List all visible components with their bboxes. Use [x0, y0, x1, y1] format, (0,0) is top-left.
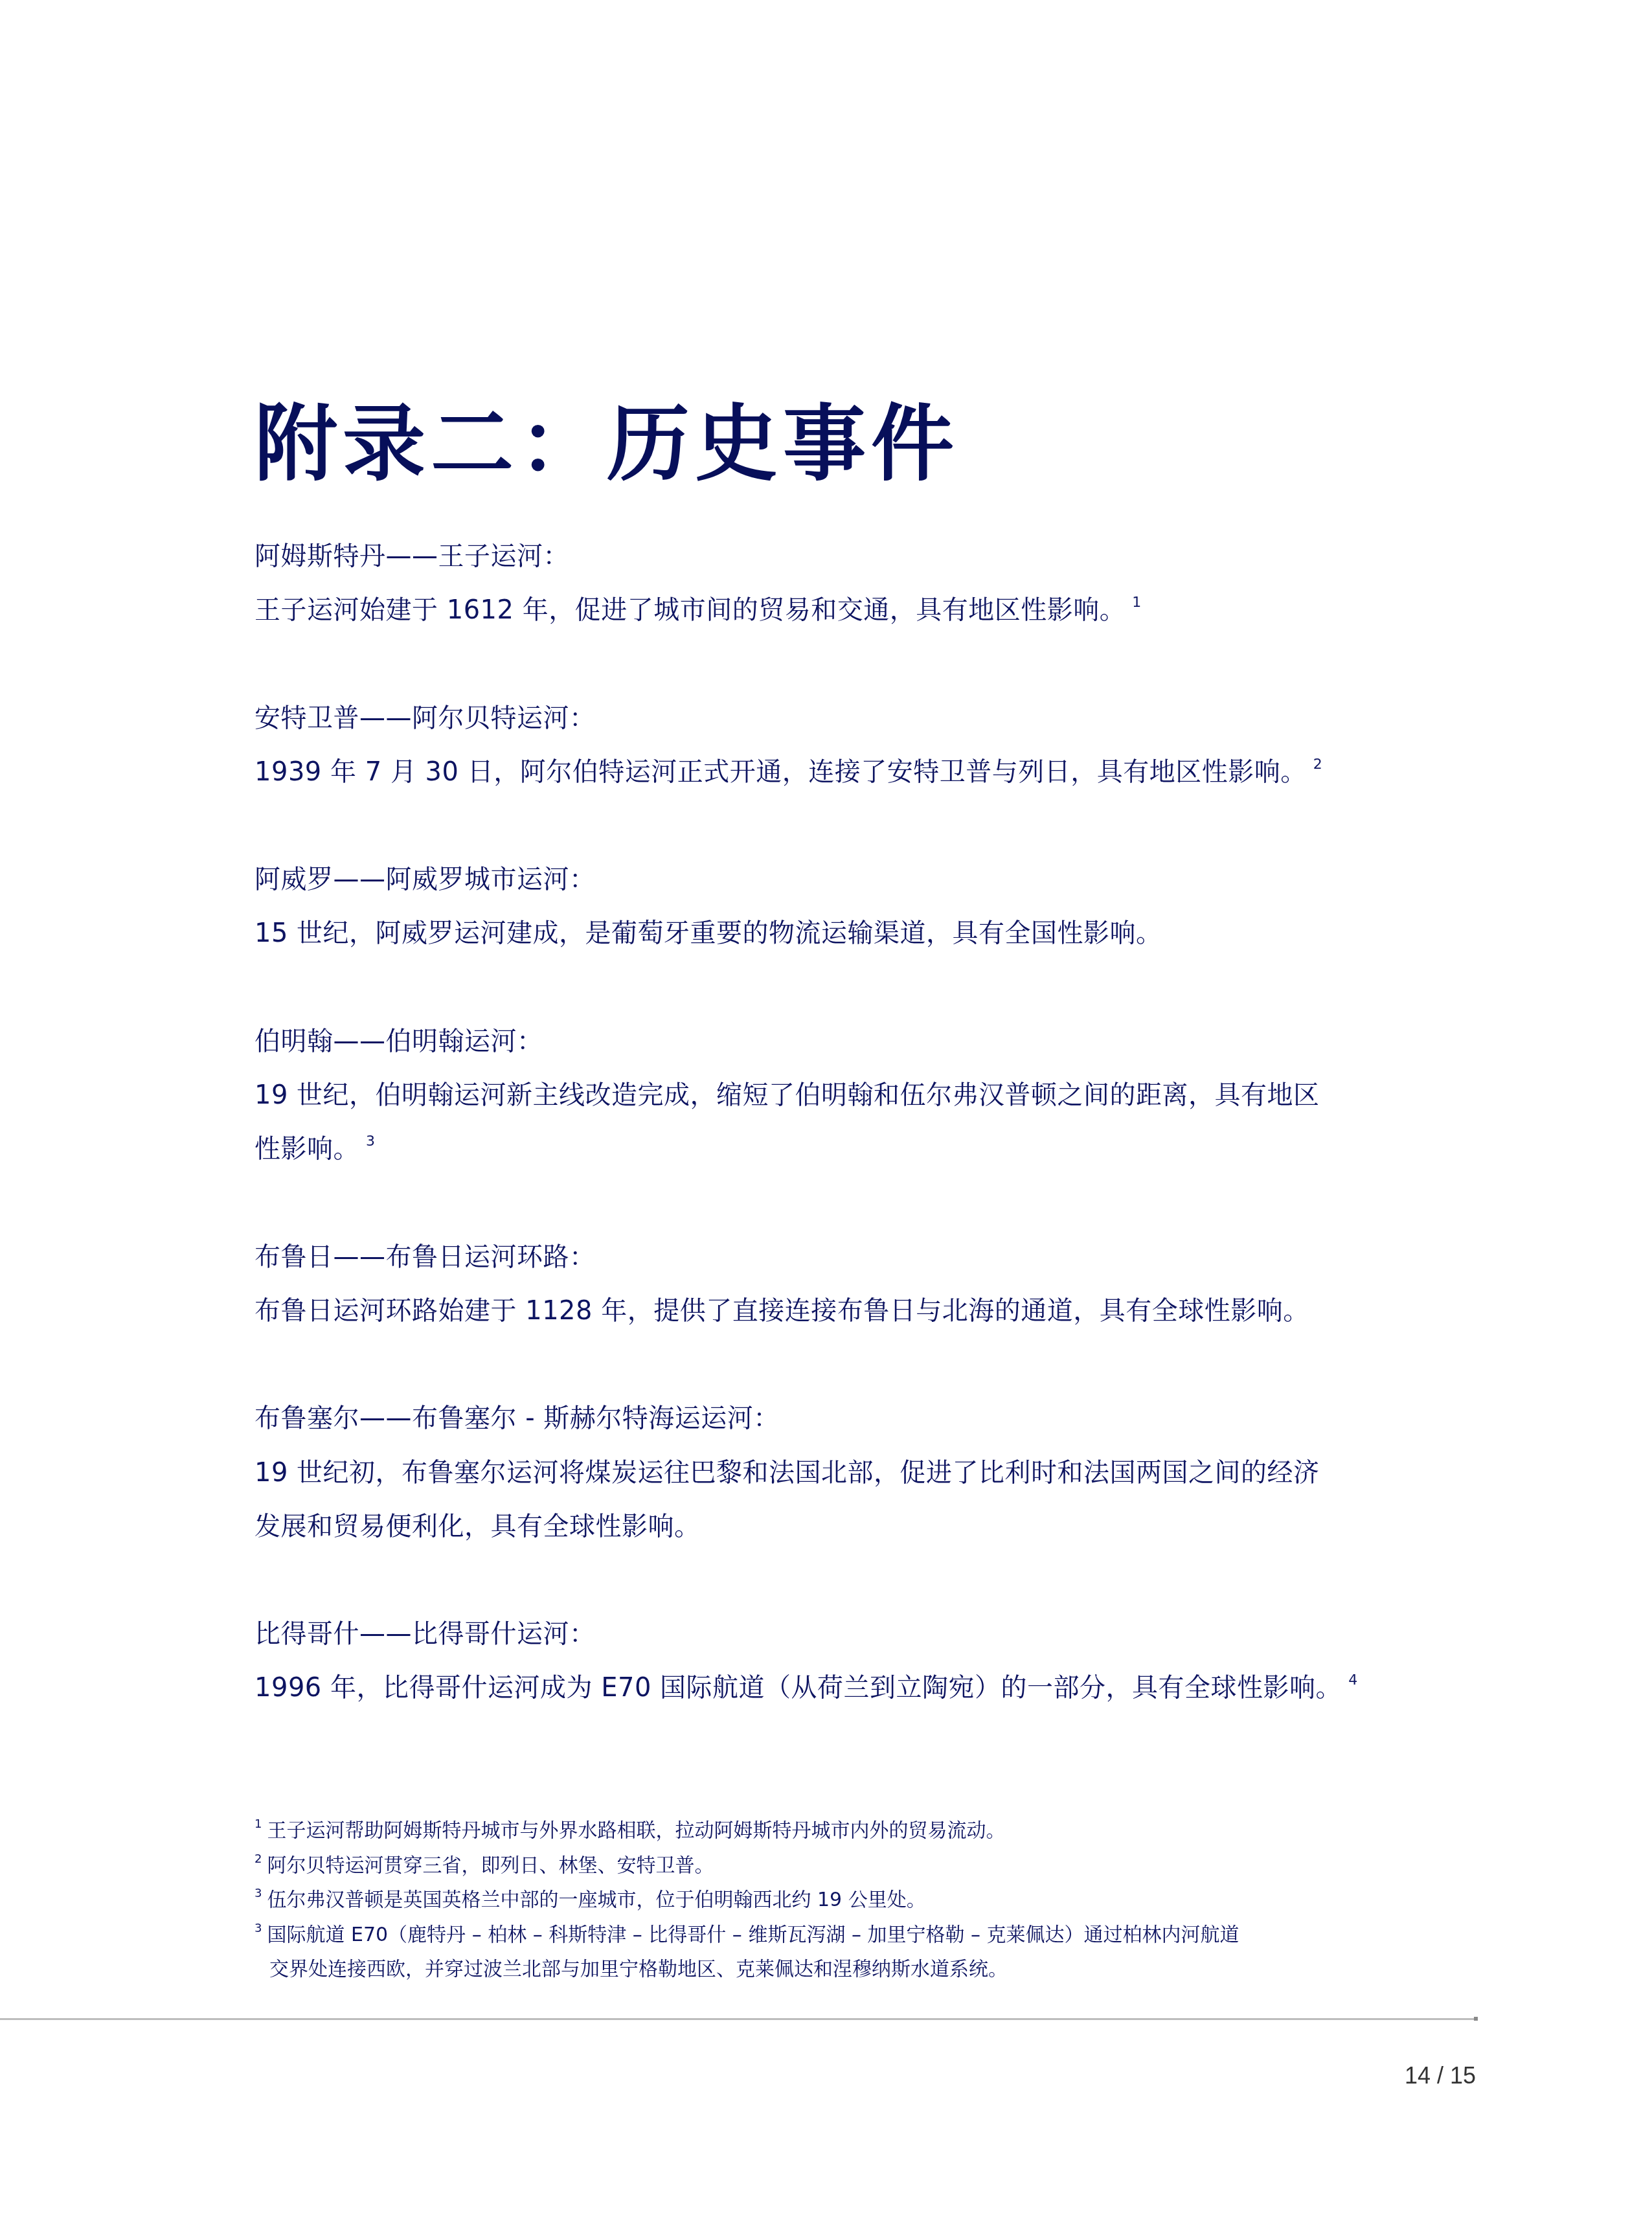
event-text: 19 世纪初，布鲁塞尔运河将煤炭运往巴黎和法国北部，促进了比利时和法国两国之间的… — [255, 1458, 1320, 1488]
event-text: 19 世纪，伯明翰运河新主线改造完成，缩短了伯明翰和伍尔弗汉普顿之间的距离，具有… — [255, 1080, 1320, 1110]
event-text: 1939 年 7 月 30 日，阿尔伯特运河正式开通，连接了安特卫普与列日，具有… — [255, 757, 1307, 787]
footnote-text: 伍尔弗汉普顿是英国英格兰中部的一座城市，位于伯明翰西北约 19 公里处。 — [267, 1889, 925, 1911]
event-text: 性影响。 — [255, 1134, 359, 1164]
footnote-item: 3国际航道 E70（鹿特丹 – 柏林 – 科斯特津 – 比得哥什 – 维斯瓦泻湖… — [255, 1918, 1420, 1953]
event-heading: 伯明翰——伯明翰运河： — [255, 1015, 1420, 1069]
footnote-text: 国际航道 E70（鹿特丹 – 柏林 – 科斯特津 – 比得哥什 – 维斯瓦泻湖 … — [267, 1924, 1239, 1946]
footnote-item: 2阿尔贝特运河贯穿三省，即列日、林堡、安特卫普。 — [255, 1848, 1420, 1883]
page-title: 附录二：历史事件 — [255, 396, 959, 494]
footnote-marker: 3 — [255, 1922, 262, 1935]
event-section: 伯明翰——伯明翰运河： 19 世纪，伯明翰运河新主线改造完成，缩短了伯明翰和伍尔… — [255, 1015, 1420, 1177]
footnotes: 1王子运河帮助阿姆斯特丹城市与外界水路相联，拉动阿姆斯特丹城市内外的贸易流动。 … — [255, 1813, 1420, 1987]
event-text: 王子运河始建于 1612 年，促进了城市间的贸易和交通，具有地区性影响。 — [255, 595, 1126, 625]
footnote-item: 3伍尔弗汉普顿是英国英格兰中部的一座城市，位于伯明翰西北约 19 公里处。 — [255, 1883, 1420, 1918]
event-description-continued: 性影响。3 — [255, 1122, 1420, 1176]
event-heading: 阿威罗——阿威罗城市运河： — [255, 853, 1420, 907]
event-heading: 安特卫普——阿尔贝特运河： — [255, 692, 1420, 745]
footnote-ref[interactable]: 1 — [1132, 595, 1142, 611]
footnote-item-continued: 交界处连接西欧，并穿过波兰北部与加里宁格勒地区、克莱佩达和涅穆纳斯水道系统。 — [255, 1952, 1420, 1987]
divider-end-marker — [1474, 2017, 1478, 2021]
event-description: 19 世纪，伯明翰运河新主线改造完成，缩短了伯明翰和伍尔弗汉普顿之间的距离，具有… — [255, 1069, 1420, 1122]
event-description-continued: 发展和贸易便利化，具有全球性影响。 — [255, 1500, 1420, 1554]
event-text: 1996 年，比得哥什运河成为 E70 国际航道（从荷兰到立陶宛）的一部分，具有… — [255, 1673, 1342, 1703]
event-text: 15 世纪，阿威罗运河建成，是葡萄牙重要的物流运输渠道，具有全国性影响。 — [255, 918, 1162, 948]
event-heading: 比得哥什——比得哥什运河： — [255, 1607, 1420, 1661]
event-text: 布鲁日运河环路始建于 1128 年，提供了直接连接布鲁日与北海的通道，具有全球性… — [255, 1296, 1309, 1326]
event-description: 1939 年 7 月 30 日，阿尔伯特运河正式开通，连接了安特卫普与列日，具有… — [255, 745, 1420, 799]
event-description: 15 世纪，阿威罗运河建成，是葡萄牙重要的物流运输渠道，具有全国性影响。 — [255, 907, 1420, 960]
event-description: 1996 年，比得哥什运河成为 E70 国际航道（从荷兰到立陶宛）的一部分，具有… — [255, 1661, 1420, 1715]
page-number: 14 / 15 — [1405, 2060, 1476, 2092]
footnote-ref[interactable]: 2 — [1313, 756, 1323, 773]
event-description: 19 世纪初，布鲁塞尔运河将煤炭运往巴黎和法国北部，促进了比利时和法国两国之间的… — [255, 1446, 1420, 1500]
footnote-text: 阿尔贝特运河贯穿三省，即列日、林堡、安特卫普。 — [267, 1854, 714, 1877]
footnote-text: 交界处连接西欧，并穿过波兰北部与加里宁格勒地区、克莱佩达和涅穆纳斯水道系统。 — [269, 1958, 1008, 1981]
event-text: 发展和贸易便利化，具有全球性影响。 — [255, 1512, 701, 1541]
footnote-item: 1王子运河帮助阿姆斯特丹城市与外界水路相联，拉动阿姆斯特丹城市内外的贸易流动。 — [255, 1813, 1420, 1848]
event-section: 阿威罗——阿威罗城市运河： 15 世纪，阿威罗运河建成，是葡萄牙重要的物流运输渠… — [255, 853, 1420, 961]
event-heading: 布鲁塞尔——布鲁塞尔 - 斯赫尔特海运运河： — [255, 1392, 1420, 1446]
event-description: 布鲁日运河环路始建于 1128 年，提供了直接连接布鲁日与北海的通道，具有全球性… — [255, 1284, 1420, 1338]
footnote-ref[interactable]: 3 — [366, 1133, 376, 1150]
event-heading: 布鲁日——布鲁日运河环路： — [255, 1231, 1420, 1284]
event-section: 阿姆斯特丹——王子运河： 王子运河始建于 1612 年，促进了城市间的贸易和交通… — [255, 530, 1420, 638]
footer-divider — [0, 2018, 1475, 2020]
event-section: 布鲁塞尔——布鲁塞尔 - 斯赫尔特海运运河： 19 世纪初，布鲁塞尔运河将煤炭运… — [255, 1392, 1420, 1554]
footnote-text: 王子运河帮助阿姆斯特丹城市与外界水路相联，拉动阿姆斯特丹城市内外的贸易流动。 — [267, 1819, 1005, 1842]
footnote-marker: 2 — [255, 1852, 262, 1866]
footnote-ref[interactable]: 4 — [1348, 1672, 1358, 1688]
event-section: 安特卫普——阿尔贝特运河： 1939 年 7 月 30 日，阿尔伯特运河正式开通… — [255, 692, 1420, 800]
event-heading: 阿姆斯特丹——王子运河： — [255, 530, 1420, 584]
event-section: 比得哥什——比得哥什运河： 1996 年，比得哥什运河成为 E70 国际航道（从… — [255, 1607, 1420, 1716]
footnote-marker: 1 — [255, 1817, 262, 1831]
footnote-marker: 3 — [255, 1887, 262, 1900]
event-description: 王子运河始建于 1612 年，促进了城市间的贸易和交通，具有地区性影响。1 — [255, 584, 1420, 637]
events-list: 阿姆斯特丹——王子运河： 王子运河始建于 1612 年，促进了城市间的贸易和交通… — [255, 530, 1420, 1769]
event-section: 布鲁日——布鲁日运河环路： 布鲁日运河环路始建于 1128 年，提供了直接连接布… — [255, 1231, 1420, 1339]
